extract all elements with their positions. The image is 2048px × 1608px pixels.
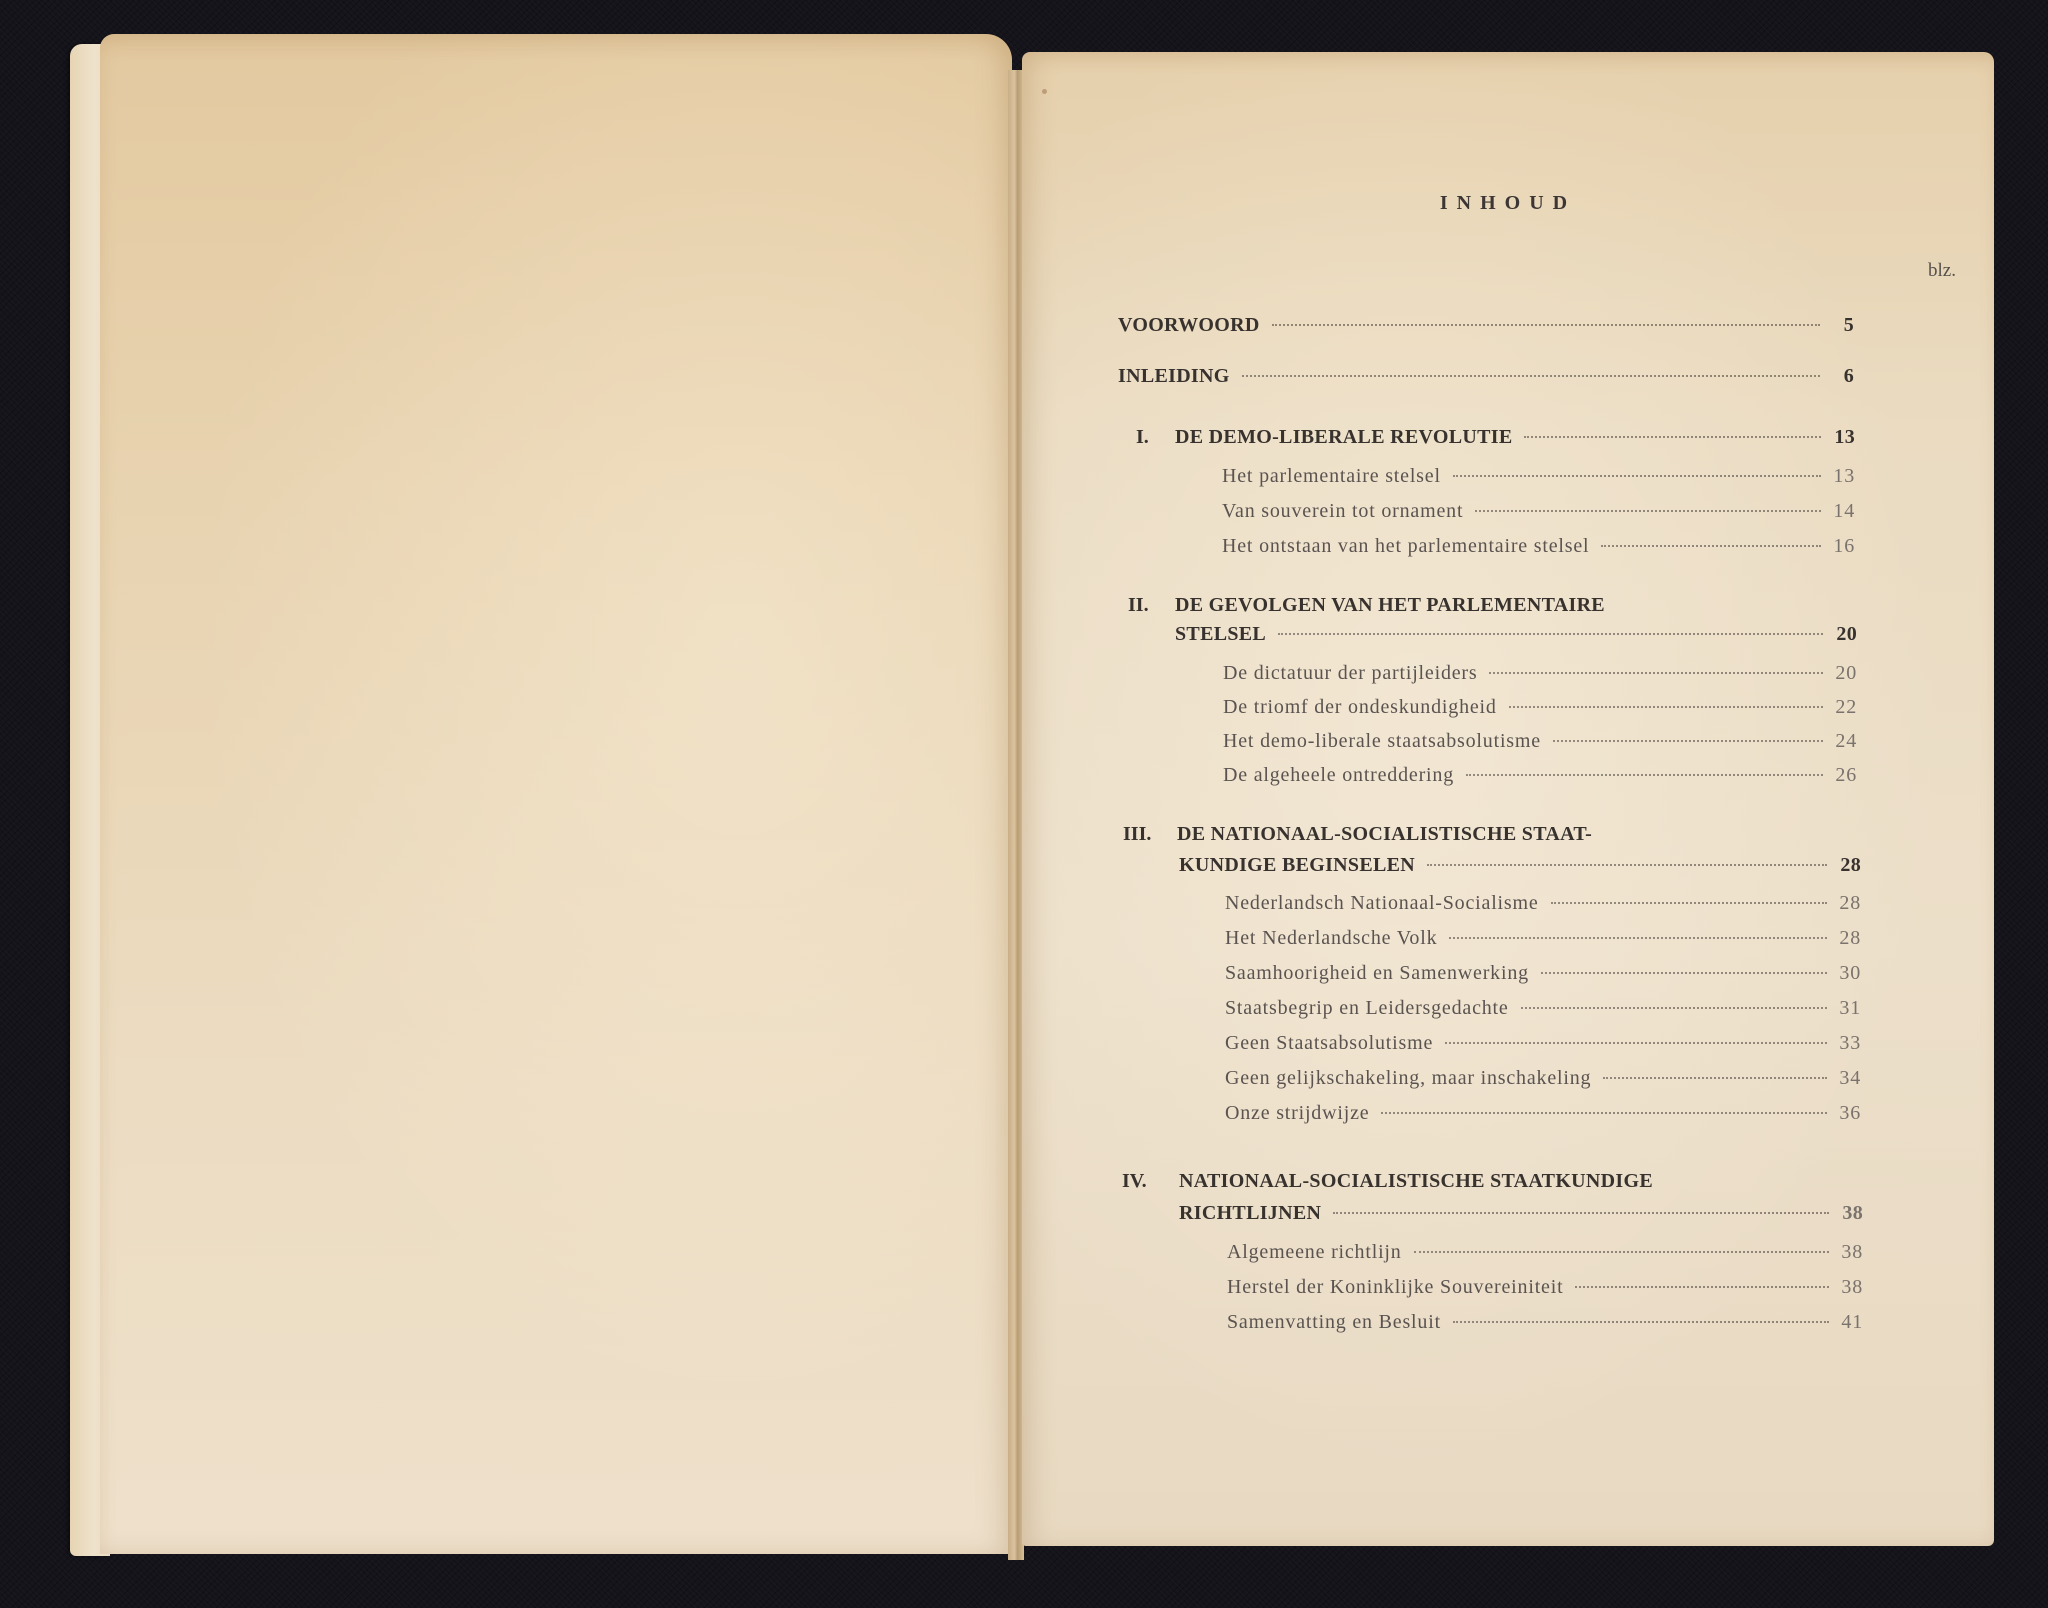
toc-section: De algeheele ontreddering 26 <box>1223 764 1857 787</box>
dot-leader <box>1278 633 1823 635</box>
chapter-numeral: I. <box>1136 426 1149 449</box>
dot-leader <box>1489 672 1823 674</box>
toc-section: Saamhoorigheid en Samenwerking 30 <box>1225 962 1861 985</box>
toc-section-page: 38 <box>1841 1276 1863 1299</box>
left-page-blank <box>100 34 1012 1554</box>
toc-entry-voorwoord: VOORWOORD 5 <box>1118 314 1854 337</box>
dot-leader <box>1449 937 1827 939</box>
toc-chapter-title-line: NATIONAAL-SOCIALISTISCHE STAATKUNDIGE <box>1179 1170 1653 1193</box>
dot-leader <box>1414 1251 1829 1253</box>
toc-section-page: 36 <box>1839 1102 1861 1125</box>
toc-section: Geen Staatsabsolutisme 33 <box>1225 1032 1861 1055</box>
toc-section-label: De algeheele ontreddering <box>1223 764 1454 787</box>
toc-section-page: 26 <box>1835 764 1857 787</box>
toc-entry-page: 5 <box>1832 314 1854 337</box>
toc-section-label: De dictatuur der partijleiders <box>1223 662 1477 685</box>
toc-chapter-3: KUNDIGE BEGINSELEN 28 <box>1179 854 1861 877</box>
chapter-numeral: III. <box>1123 823 1151 846</box>
chapter-numeral: II. <box>1128 594 1149 617</box>
toc-section-label: Het Nederlandsche Volk <box>1225 927 1437 950</box>
toc-section-page: 13 <box>1833 465 1855 488</box>
toc-section: Nederlandsch Nationaal-Socialisme 28 <box>1225 892 1861 915</box>
toc-section-label: De triomf der ondeskundigheid <box>1223 696 1497 719</box>
toc-section-page: 41 <box>1841 1311 1863 1334</box>
dot-leader <box>1551 902 1827 904</box>
dot-leader <box>1524 436 1821 438</box>
dot-leader <box>1381 1112 1827 1114</box>
toc-chapter-title: RICHTLIJNEN <box>1179 1202 1321 1225</box>
dot-leader <box>1553 740 1823 742</box>
toc-section-page: 20 <box>1835 662 1857 685</box>
toc-section-label: Nederlandsch Nationaal-Socialisme <box>1225 892 1539 915</box>
dot-leader <box>1475 510 1821 512</box>
page-column-label: blz. <box>1928 260 1956 282</box>
toc-section-label: Van souverein tot ornament <box>1222 500 1463 523</box>
toc-section: Geen gelijkschakeling, maar inschakeling… <box>1225 1067 1861 1090</box>
toc-chapter-page: 28 <box>1839 854 1861 877</box>
toc-section-page: 24 <box>1835 730 1857 753</box>
toc-section-page: 28 <box>1839 892 1861 915</box>
right-page-toc: INHOUD blz. VOORWOORD 5 INLEIDING 6 I. D… <box>1022 52 1994 1546</box>
dot-leader <box>1445 1042 1827 1044</box>
toc-section-label: Het demo-liberale staatsabsolutisme <box>1223 730 1541 753</box>
toc-section: Herstel der Koninklijke Souvereiniteit 3… <box>1227 1276 1863 1299</box>
toc-section: De triomf der ondeskundigheid 22 <box>1223 696 1857 719</box>
dot-leader <box>1466 774 1823 776</box>
toc-section: De dictatuur der partijleiders 20 <box>1223 662 1857 685</box>
toc-section-page: 33 <box>1839 1032 1861 1055</box>
toc-chapter-1: DE DEMO-LIBERALE REVOLUTIE 13 <box>1175 426 1855 449</box>
toc-section-label: Staatsbegrip en Leidersgedachte <box>1225 997 1509 1020</box>
dot-leader <box>1509 706 1823 708</box>
paper-speck <box>1042 89 1047 94</box>
dot-leader <box>1603 1077 1827 1079</box>
toc-section-page: 30 <box>1839 962 1861 985</box>
dot-leader <box>1453 475 1821 477</box>
toc-section: Samenvatting en Besluit 41 <box>1227 1311 1863 1334</box>
toc-section: Van souverein tot ornament 14 <box>1222 500 1855 523</box>
toc-entry-label: INLEIDING <box>1118 365 1230 388</box>
toc-section-label: Saamhoorigheid en Samenwerking <box>1225 962 1529 985</box>
toc-chapter-page: 38 <box>1841 1202 1863 1225</box>
toc-section-page: 14 <box>1833 500 1855 523</box>
toc-entry-inleiding: INLEIDING 6 <box>1118 365 1854 388</box>
toc-chapter-title-line: DE NATIONAAL-SOCIALISTISCHE STAAT- <box>1177 823 1592 846</box>
dot-leader <box>1521 1007 1827 1009</box>
toc-section: Het demo-liberale staatsabsolutisme 24 <box>1223 730 1857 753</box>
toc-section: Het parlementaire stelsel 13 <box>1222 465 1855 488</box>
toc-section-label: Herstel der Koninklijke Souvereiniteit <box>1227 1276 1563 1299</box>
toc-section-page: 16 <box>1833 535 1855 558</box>
toc-chapter-page: 13 <box>1833 426 1855 449</box>
toc-section: Algemeene richtlijn 38 <box>1227 1241 1863 1264</box>
dot-leader <box>1541 972 1827 974</box>
toc-chapter-title: STELSEL <box>1175 623 1266 646</box>
toc-entry-label: VOORWOORD <box>1118 314 1260 337</box>
toc-section-page: 38 <box>1841 1241 1863 1264</box>
toc-chapter-title-line: DE GEVOLGEN VAN HET PARLEMENTAIRE <box>1175 594 1605 617</box>
toc-section: Het Nederlandsche Volk 28 <box>1225 927 1861 950</box>
toc-title: INHOUD <box>1022 192 1994 215</box>
toc-section-label: Geen Staatsabsolutisme <box>1225 1032 1433 1055</box>
toc-chapter-2: STELSEL 20 <box>1175 623 1857 646</box>
toc-section-page: 28 <box>1839 927 1861 950</box>
dot-leader <box>1427 864 1827 866</box>
toc-chapter-page: 20 <box>1835 623 1857 646</box>
toc-entry-page: 6 <box>1832 365 1854 388</box>
dot-leader <box>1333 1212 1829 1214</box>
toc-section-label: Samenvatting en Besluit <box>1227 1311 1441 1334</box>
toc-section: Het ontstaan van het parlementaire stels… <box>1222 535 1855 558</box>
toc-section-label: Het parlementaire stelsel <box>1222 465 1441 488</box>
toc-chapter-title: KUNDIGE BEGINSELEN <box>1179 854 1415 877</box>
dot-leader <box>1242 375 1820 377</box>
toc-chapter-4: RICHTLIJNEN 38 <box>1179 1202 1863 1225</box>
dot-leader <box>1453 1321 1829 1323</box>
chapter-numeral: IV. <box>1122 1170 1147 1193</box>
dot-leader <box>1575 1286 1829 1288</box>
toc-section-label: Algemeene richtlijn <box>1227 1241 1402 1264</box>
toc-section-label: Geen gelijkschakeling, maar inschakeling <box>1225 1067 1591 1090</box>
toc-section-page: 22 <box>1835 696 1857 719</box>
toc-section-page: 31 <box>1839 997 1861 1020</box>
toc-section: Staatsbegrip en Leidersgedachte 31 <box>1225 997 1861 1020</box>
toc-chapter-title: DE DEMO-LIBERALE REVOLUTIE <box>1175 426 1512 449</box>
dot-leader <box>1601 545 1821 547</box>
toc-section-label: Het ontstaan van het parlementaire stels… <box>1222 535 1589 558</box>
dot-leader <box>1272 324 1820 326</box>
toc-section-page: 34 <box>1839 1067 1861 1090</box>
toc-section-label: Onze strijdwijze <box>1225 1102 1369 1125</box>
toc-section: Onze strijdwijze 36 <box>1225 1102 1861 1125</box>
